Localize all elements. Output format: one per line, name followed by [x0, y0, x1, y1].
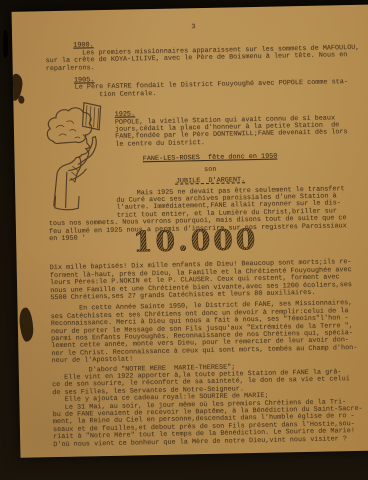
paragraph-marie-therese: Elle vint en 1922 apporter à,la toute pe… — [52, 369, 368, 450]
big-number-10000: 10.000 — [33, 223, 359, 260]
paragraph-1925: POPOLE, la vieille Station qui avait con… — [115, 114, 368, 149]
scanned-page-background: 3 1900. Les premiers missionnaires appar… — [0, 0, 368, 480]
paragraph-1900: Les premiers missionnaires apparaissent … — [45, 44, 368, 73]
paragraph-dix-mille: Dix mille baptisés! Dix mille enfants de… — [50, 259, 368, 303]
scan-edge-mark — [3, 30, 8, 58]
document-page: 3 1900. Les premiers missionnaires appar… — [12, 4, 368, 457]
page-number: 3 — [31, 21, 356, 35]
paragraph-annee-sainte: En cette Année Sainte 1950, le District … — [50, 300, 368, 366]
typewritten-text-area: 3 1900. Les premiers missionnaires appar… — [12, 4, 368, 450]
